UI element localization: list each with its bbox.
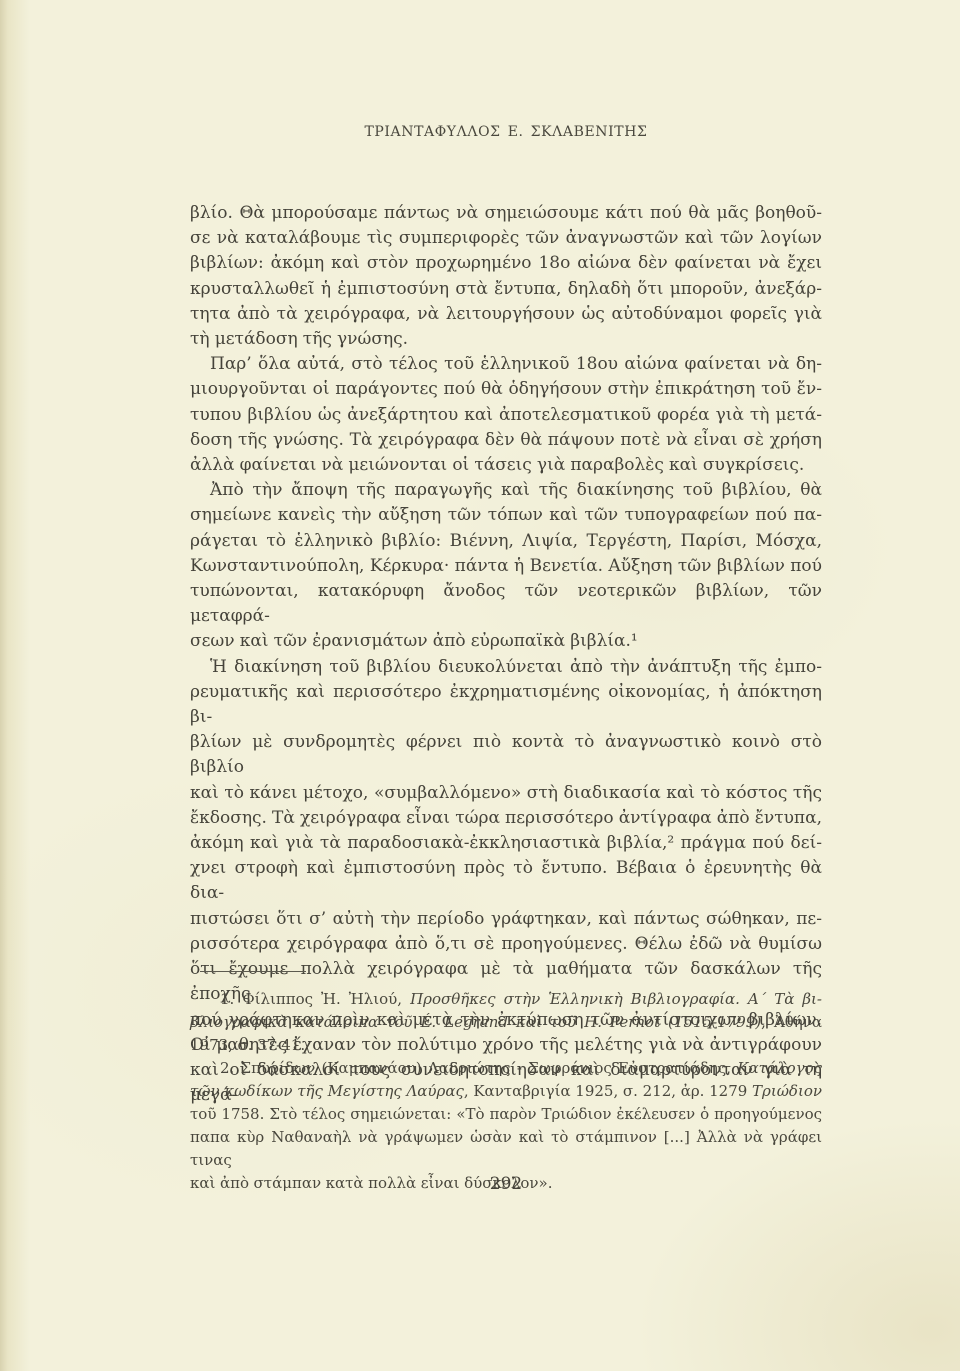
- footnote-text-segment: τοῦ 1758. Στὸ τέλος σημειώνεται: «Τὸ παρ…: [190, 1105, 822, 1123]
- footnote-line: 2. Σπυρίδων (Καμπανάου) Λαυριώτης - Σωφρ…: [190, 1057, 822, 1080]
- text-line: δοση τῆς γνώσης. Τὰ χειρόγραφα δὲν θὰ πά…: [190, 428, 822, 453]
- text-line: τυπου βιβλίου ὡς ἀνεξάρτητου καὶ ἀποτελε…: [190, 403, 822, 428]
- footnote-title-segment: βλιογραφικὰ κατάλοιπα τοῦ É. Legrand καὶ…: [190, 1013, 761, 1031]
- text-line: ρισσότερα χειρόγραφα ἀπὸ ὅ,τι σὲ προηγού…: [190, 932, 822, 957]
- text-line: ρευματικῆς καὶ περισσότερο ἐκχρηματισμέν…: [190, 680, 822, 730]
- text-line: ἀλλὰ φαίνεται νὰ μειώνονται οἱ τάσεις γι…: [190, 453, 822, 478]
- footnote-line: 1973, σ. 37-41.: [190, 1034, 822, 1057]
- text-line: χνει στροφὴ καὶ ἐμπιστοσύνη πρὸς τὸ ἔντυ…: [190, 856, 822, 906]
- footnote-line: παπα κὺρ Ναθαναὴλ νὰ γράψωμεν ὡσὰν καὶ τ…: [190, 1126, 822, 1172]
- footnote-line: 1. Φίλιππος Ἠ. Ἠλιού, Προσθῆκες στὴν Ἑλλ…: [190, 988, 822, 1011]
- text-line: πιστώσει ὅτι σ’ αὐτὴ τὴν περίοδο γράφτηκ…: [190, 907, 822, 932]
- text-line: βλίων μὲ συνδρομητὲς φέρνει πιὸ κοντὰ τὸ…: [190, 730, 822, 780]
- footnote-text-segment: , Ἀθήνα: [761, 1013, 822, 1031]
- text-line: ἀκόμη καὶ γιὰ τὰ παραδοσιακὰ-ἐκκλησιαστι…: [190, 831, 822, 856]
- footnote-title-segment: Τριώδιον: [752, 1082, 822, 1100]
- text-line: Κωνσταντινούπολη, Κέρκυρα· πάντα ἡ Βενετ…: [190, 554, 822, 579]
- text-line: μιουργοῦνται οἱ παράγοντες πού θὰ ὁδηγήσ…: [190, 377, 822, 402]
- text-line: κρυσταλλωθεῖ ἡ ἐμπιστοσύνη στὰ ἔντυπα, δ…: [190, 277, 822, 302]
- footnote-separator: [200, 971, 306, 972]
- text-line: Παρ’ ὅλα αὐτά, στὸ τέλος τοῦ ἑλληνικοῦ 1…: [190, 352, 822, 377]
- footnote-title-segment: τῶν κωδίκων τῆς Μεγίστης Λαύρας: [190, 1082, 464, 1100]
- text-line: Ἡ διακίνηση τοῦ βιβλίου διευκολύνεται ἀπ…: [190, 655, 822, 680]
- footnote-text-segment: 2. Σπυρίδων (Καμπανάου) Λαυριώτης - Σωφρ…: [220, 1059, 737, 1077]
- footnote-line: βλιογραφικὰ κατάλοιπα τοῦ É. Legrand καὶ…: [190, 1011, 822, 1034]
- footnote-title-segment: Προσθῆκες στὴν Ἑλληνικὴ Βιβλιογραφία. Α´…: [410, 990, 822, 1008]
- text-line: σε νὰ καταλάβουμε τὶς συμπεριφορὲς τῶν ἀ…: [190, 226, 822, 251]
- page-number: 292: [190, 1174, 822, 1194]
- footnote-line: τοῦ 1758. Στὸ τέλος σημειώνεται: «Τὸ παρ…: [190, 1103, 822, 1126]
- text-line: τὴ μετάδοση τῆς γνώσης.: [190, 327, 822, 352]
- text-line: βιβλίων: ἀκόμη καὶ στὸν προχωρημένο 18ο …: [190, 251, 822, 276]
- footnote-text-segment: 1. Φίλιππος Ἠ. Ἠλιού,: [220, 990, 410, 1008]
- text-line: σημείωνε κανεὶς τὴν αὔξηση τῶν τόπων καὶ…: [190, 503, 822, 528]
- text-line: ἔκδοσης. Τὰ χειρόγραφα εἶναι τώρα περισσ…: [190, 806, 822, 831]
- text-line: ράγεται τὸ ἑλληνικὸ βιβλίο: Βιέννη, Λιψί…: [190, 529, 822, 554]
- text-line: σεων καὶ τῶν ἐρανισμάτων ἀπὸ εὐρωπαϊκὰ β…: [190, 629, 822, 654]
- footnote-line: τῶν κωδίκων τῆς Μεγίστης Λαύρας, Κανταβρ…: [190, 1080, 822, 1103]
- text-line: τυπώνονται, κατακόρυφη ἄνοδος τῶν νεοτερ…: [190, 579, 822, 629]
- footnotes: 1. Φίλιππος Ἠ. Ἠλιού, Προσθῆκες στὴν Ἑλλ…: [190, 988, 822, 1195]
- text-line: τητα ἀπὸ τὰ χειρόγραφα, νὰ λειτουργήσουν…: [190, 302, 822, 327]
- book-page: ΤΡΙΑΝΤΑΦΥΛΛΟΣ Ε. ΣΚΛΑΒΕΝΙΤΗΣ βλίο. Θὰ μπ…: [0, 0, 960, 1371]
- text-line: βλίο. Θὰ μπορούσαμε πάντως νὰ σημειώσουμ…: [190, 201, 822, 226]
- footnote-text-segment: , Κανταβριγία 1925, σ. 212, ἀρ. 1279: [464, 1082, 752, 1100]
- text-line: καὶ τὸ κάνει μέτοχο, «συμβαλλόμενο» στὴ …: [190, 781, 822, 806]
- footnote-title-segment: Κατάλογος: [737, 1059, 822, 1077]
- footnote-text-segment: 1973, σ. 37-41.: [190, 1036, 305, 1054]
- text-line: Ἀπὸ τὴν ἄποψη τῆς παραγωγῆς καὶ τῆς διακ…: [190, 478, 822, 503]
- footnote-text-segment: παπα κὺρ Ναθαναὴλ νὰ γράψωμεν ὡσὰν καὶ τ…: [190, 1128, 822, 1169]
- running-head-author: ΤΡΙΑΝΤΑΦΥΛΛΟΣ Ε. ΣΚΛΑΒΕΝΙΤΗΣ: [190, 124, 822, 140]
